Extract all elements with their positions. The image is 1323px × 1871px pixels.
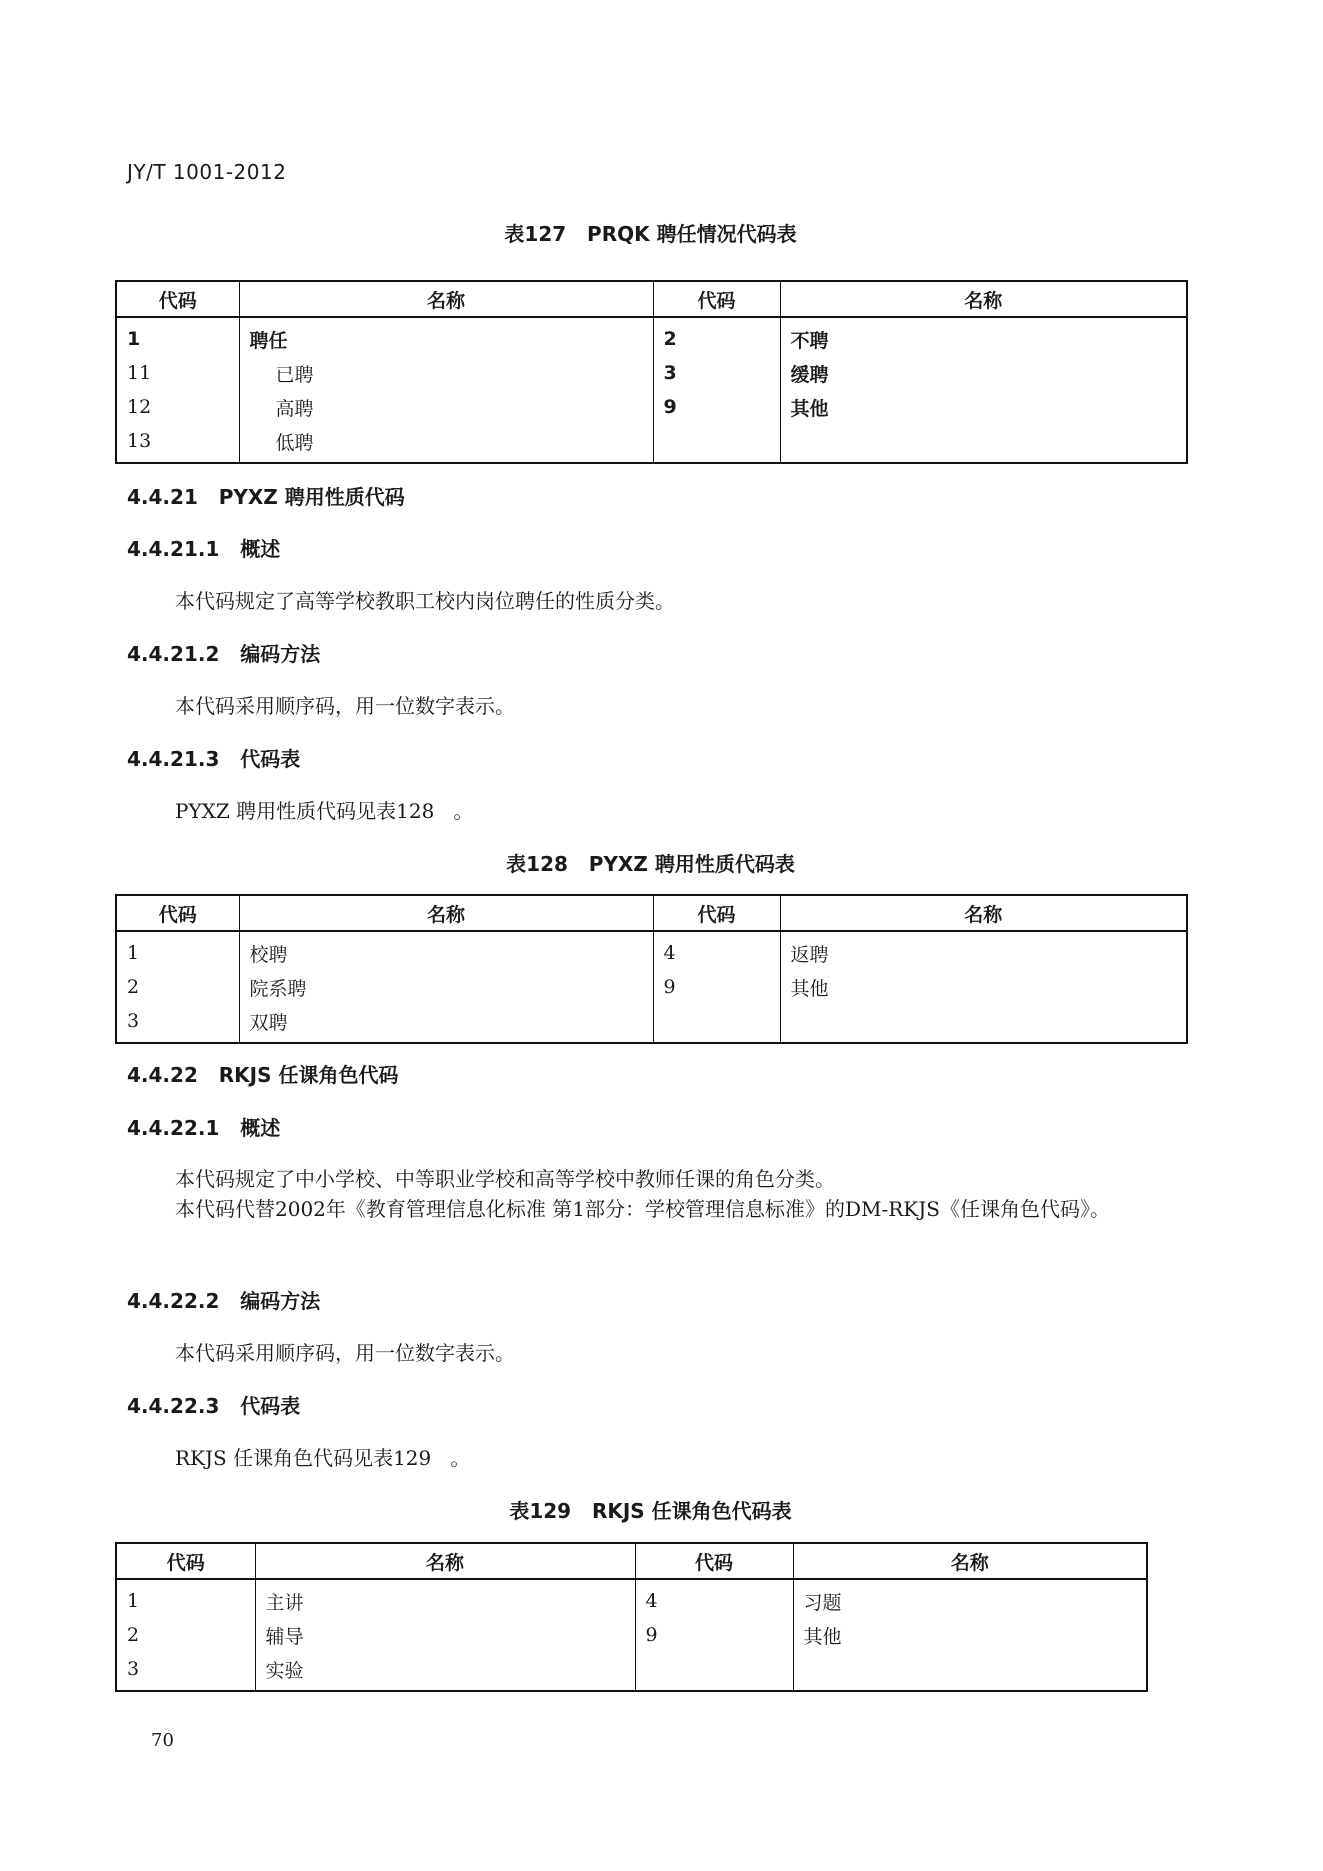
col-header-name: 名称 [239,895,653,931]
table-row: 3 双聘 [116,1004,1187,1043]
code-cell: 3 [116,1652,255,1691]
code-cell: 3 [653,356,780,390]
section-heading-4-4-22: 4.4.22 RKJS 任课角色代码 [127,1059,398,1088]
name-cell: 辅导 [255,1618,635,1652]
code-cell: 4 [653,931,780,970]
name-cell: 高聘 [239,390,653,424]
col-header-code: 代码 [653,281,780,317]
col-header-code: 代码 [635,1543,793,1579]
col-header-code: 代码 [116,895,239,931]
name-cell: 其他 [793,1618,1147,1652]
name-cell: 低聘 [239,424,653,463]
subsection-heading-4-4-21-1: 4.4.21.1 概述 [127,533,280,562]
col-header-name: 名称 [780,895,1187,931]
col-header-code: 代码 [653,895,780,931]
col-header-name: 名称 [780,281,1187,317]
table-row: 2 辅导 9 其他 [116,1618,1147,1652]
name-cell: 不聘 [780,317,1187,356]
subsection-heading-4-4-22-3: 4.4.22.3 代码表 [127,1390,300,1419]
code-cell: 11 [116,356,239,390]
section-heading-4-4-21: 4.4.21 PYXZ 聘用性质代码 [127,481,405,510]
code-cell: 13 [116,424,239,463]
table129: 代码 名称 代码 名称 1 主讲 4 习题 2 辅导 9 其他 3 实验 [115,1542,1148,1692]
table-row: 1 校聘 4 返聘 [116,931,1187,970]
code-cell: 3 [116,1004,239,1043]
table129-header-row: 代码 名称 代码 名称 [116,1543,1147,1579]
col-header-name: 名称 [255,1543,635,1579]
name-cell: 其他 [780,390,1187,424]
table-row: 12 高聘 9 其他 [116,390,1187,424]
col-header-code: 代码 [116,1543,255,1579]
name-cell: 主讲 [255,1579,635,1618]
code-cell [653,1004,780,1043]
name-cell: 聘任 [239,317,653,356]
table-row: 11 已聘 3 缓聘 [116,356,1187,390]
subsection-heading-4-4-22-2: 4.4.22.2 编码方法 [127,1285,320,1314]
paragraph: 本代码规定了中小学校、中等职业学校和高等学校中教师任课的角色分类。 [175,1163,835,1192]
col-header-code: 代码 [116,281,239,317]
code-cell: 12 [116,390,239,424]
table129-caption: 表129 RKJS 任课角色代码表 [115,1495,1186,1524]
table127-caption: 表127 PRQK 聘任情况代码表 [115,218,1186,247]
paragraph: 本代码规定了高等学校教职工校内岗位聘任的性质分类。 [175,585,675,614]
page-number: 70 [151,1730,174,1751]
code-cell: 9 [653,970,780,1004]
subsection-heading-4-4-21-2: 4.4.21.2 编码方法 [127,638,320,667]
paragraph: 本代码采用顺序码，用一位数字表示。 [175,690,515,719]
table128: 代码 名称 代码 名称 1 校聘 4 返聘 2 院系聘 9 其他 3 双聘 [115,894,1188,1044]
code-cell [635,1652,793,1691]
name-cell: 校聘 [239,931,653,970]
table-row: 1 主讲 4 习题 [116,1579,1147,1618]
table128-header-row: 代码 名称 代码 名称 [116,895,1187,931]
code-cell: 1 [116,931,239,970]
name-cell [780,1004,1187,1043]
code-cell: 1 [116,1579,255,1618]
name-cell: 习题 [793,1579,1147,1618]
name-cell: 返聘 [780,931,1187,970]
code-cell: 2 [116,970,239,1004]
table-row: 1 聘任 2 不聘 [116,317,1187,356]
table-row: 3 实验 [116,1652,1147,1691]
name-cell [793,1652,1147,1691]
table-row: 13 低聘 [116,424,1187,463]
code-cell [653,424,780,463]
subsection-heading-4-4-22-1: 4.4.22.1 概述 [127,1112,280,1141]
paragraph: RKJS 任课角色代码见表129 。 [175,1442,470,1471]
code-cell: 2 [653,317,780,356]
code-cell: 2 [116,1618,255,1652]
code-cell: 4 [635,1579,793,1618]
paragraph: 本代码采用顺序码，用一位数字表示。 [175,1337,515,1366]
col-header-name: 名称 [239,281,653,317]
table127-header-row: 代码 名称 代码 名称 [116,281,1187,317]
table127: 代码 名称 代码 名称 1 聘任 2 不聘 11 已聘 3 缓聘 12 高聘 9… [115,280,1188,464]
name-cell: 院系聘 [239,970,653,1004]
name-cell: 缓聘 [780,356,1187,390]
col-header-name: 名称 [793,1543,1147,1579]
code-cell: 1 [116,317,239,356]
table-row: 2 院系聘 9 其他 [116,970,1187,1004]
name-cell: 其他 [780,970,1187,1004]
paragraph: 本代码代替2002年《教育管理信息化标准 第1部分：学校管理信息标准》的DM-R… [127,1192,1187,1227]
name-cell: 实验 [255,1652,635,1691]
standard-code: JY/T 1001-2012 [127,160,286,184]
name-cell: 双聘 [239,1004,653,1043]
table128-caption: 表128 PYXZ 聘用性质代码表 [115,848,1186,877]
subsection-heading-4-4-21-3: 4.4.21.3 代码表 [127,743,300,772]
name-cell: 已聘 [239,356,653,390]
paragraph: PYXZ 聘用性质代码见表128 。 [175,795,473,824]
code-cell: 9 [635,1618,793,1652]
code-cell: 9 [653,390,780,424]
name-cell [780,424,1187,463]
